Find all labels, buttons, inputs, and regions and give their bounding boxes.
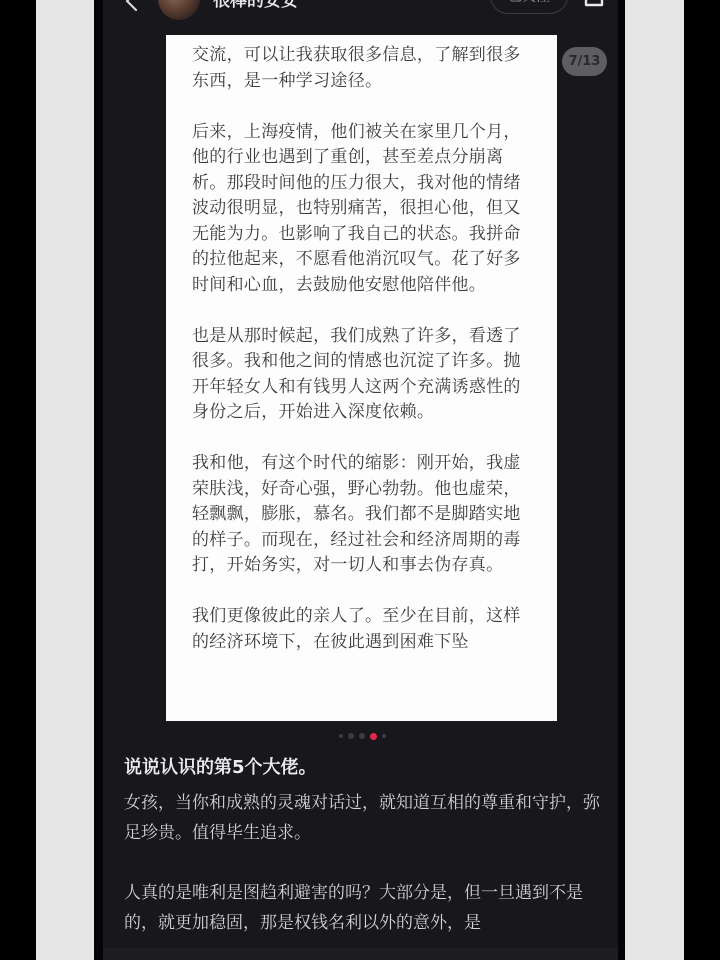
bottom-band	[103, 948, 618, 960]
share-icon[interactable]	[583, 0, 605, 8]
chevron-left-icon[interactable]	[123, 0, 141, 12]
image-paragraph: 也是从那时候起，我们成熟了许多，看透了很多。我和他之间的情感也沉淀了许多。抛开年…	[192, 324, 532, 426]
note-image[interactable]: 交流，可以让我获取很多信息，了解到很多东西，是一种学习途径。 后来，上海疫情，他…	[166, 35, 557, 721]
carousel-dot[interactable]	[382, 734, 386, 738]
author-avatar[interactable]	[158, 0, 200, 20]
note-image-text: 交流，可以让我获取很多信息，了解到很多东西，是一种学习途径。 后来，上海疫情，他…	[192, 43, 532, 681]
caption-paragraph: 人真的是唯利是图趋利避害的吗？大部分是，但一旦遇到不是的，就更加稳固，那是权钱名…	[124, 878, 604, 938]
page-indicator-badge: 7/13	[562, 47, 607, 76]
background-left-black	[0, 0, 36, 960]
image-paragraph: 交流，可以让我获取很多信息，了解到很多东西，是一种学习途径。	[192, 43, 532, 94]
carousel-dot-active[interactable]	[370, 733, 377, 740]
note-header: 很棒的安安 已关注	[103, 0, 618, 22]
carousel-dot[interactable]	[339, 734, 343, 738]
carousel-dot[interactable]	[359, 733, 365, 739]
carousel-dot[interactable]	[348, 733, 354, 739]
note-detail-screen: 很棒的安安 已关注 交流，可以让我获取很多信息，了解到很多东西，是一种学习途径。…	[103, 0, 618, 960]
note-body: 女孩，当你和成熟的灵魂对话过，就知道互相的尊重和守护，弥足珍贵。值得毕生追求。 …	[124, 788, 604, 938]
author-name[interactable]: 很棒的安安	[213, 0, 298, 11]
caption-paragraph: 女孩，当你和成熟的灵魂对话过，就知道互相的尊重和守护，弥足珍贵。值得毕生追求。	[124, 788, 604, 848]
background-right-black	[684, 0, 720, 960]
carousel-dots	[103, 731, 618, 741]
note-caption: 说说认识的第5个大佬。 女孩，当你和成熟的灵魂对话过，就知道互相的尊重和守护，弥…	[124, 756, 604, 960]
phone-frame: 很棒的安安 已关注 交流，可以让我获取很多信息，了解到很多东西，是一种学习途径。…	[94, 0, 625, 960]
follow-button[interactable]: 已关注	[490, 0, 568, 14]
image-paragraph: 我们更像彼此的亲人了。至少在目前，这样的经济环境下，在彼此遇到困难下坠	[192, 604, 532, 655]
background-right-gray	[625, 0, 684, 960]
image-paragraph: 后来，上海疫情，他们被关在家里几个月，他的行业也遇到了重创，甚至差点分崩离析。那…	[192, 120, 532, 299]
image-paragraph: 我和他，有这个时代的缩影：刚开始，我虚荣肤浅，好奇心强，野心勃勃。他也虚荣，轻飘…	[192, 451, 532, 579]
note-title: 说说认识的第5个大佬。	[124, 756, 604, 780]
background-left-gray	[36, 0, 94, 960]
